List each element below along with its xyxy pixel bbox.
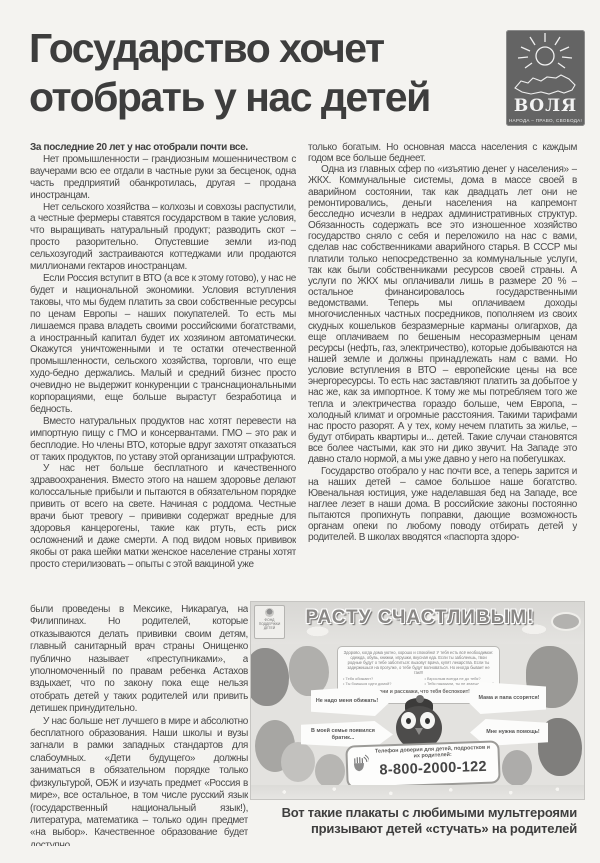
smesharik-badge-icon xyxy=(553,614,579,629)
article-column-left: За последние 20 лет у нас отобрали почти… xyxy=(30,142,296,603)
owl-beak xyxy=(415,728,423,735)
fund-label: ФОНД ПОДДЕРЖКИ ДЕТЕЙ xyxy=(255,618,284,630)
article-paragraph: были проведены в Мексике, Никарагуа, на … xyxy=(30,604,248,716)
article-paragraph: У нас больше нет лучшего в мире и абсолю… xyxy=(30,716,248,846)
children-fund-logo: ФОНД ПОДДЕРЖКИ ДЕТЕЙ xyxy=(254,605,285,639)
speech-bubble: Не надо меня обижать! xyxy=(311,686,391,716)
article-paragraph: Нет сельского хозяйства – колхозы и совх… xyxy=(30,202,296,273)
article-paragraph: Государство отобрало у нас почти все, а … xyxy=(308,466,577,544)
cartoon-character xyxy=(250,648,289,706)
helpline-number: 8-800-2000-122 xyxy=(372,758,494,778)
page-title-line1: Государство хочет xyxy=(29,24,499,73)
helpline-banner: Телефон доверия для детей, подростков и … xyxy=(345,740,500,788)
poster-info-text: Здорово, когда дома уютно, хорошо и спок… xyxy=(343,650,494,675)
article-paragraph: Если Россия вступит в ВТО (а все к этому… xyxy=(30,273,296,416)
fund-emblem-icon xyxy=(265,608,274,617)
owl-eye xyxy=(401,712,416,729)
russia-map-icon xyxy=(511,70,580,98)
article-paragraph: Нет промышленности – грандиозным мошенни… xyxy=(30,154,296,202)
article-column-right: только богатым. Но основная масса населе… xyxy=(308,142,577,600)
poster-caption: Вот такие плакаты с любимыми мультгероям… xyxy=(230,805,577,836)
logo-tagline: НАРОДА – ПРАВО, СВОБОДА! xyxy=(509,118,582,123)
cartoon-character xyxy=(315,754,345,788)
sun-icon xyxy=(508,30,583,70)
page-title-line2: отобрать у нас детей xyxy=(29,73,499,122)
poster-flowers-strip xyxy=(251,785,584,799)
helpline-hand-icon xyxy=(351,753,370,779)
volya-logo: ВОЛЯ НАРОДА – ПРАВО, СВОБОДА! xyxy=(506,30,585,126)
poster-caption-line1: Вот такие плакаты с любимыми мультгероям… xyxy=(230,805,577,821)
cartoon-character xyxy=(281,742,315,782)
article-column-left-narrow: были проведены в Мексике, Никарагуа, на … xyxy=(30,604,248,846)
speech-bubble: Мама и папа ссорятся! xyxy=(464,682,546,714)
poster-image: ФОНД ПОДДЕРЖКИ ДЕТЕЙ РАСТУ СЧАСТЛИВЫМ! З… xyxy=(250,601,585,800)
article-paragraph: У нас нет больше бесплатного и качествен… xyxy=(30,463,296,570)
article-paragraph: Одна из главных сфер по «изъятию денег у… xyxy=(308,164,577,465)
owl-hat-pompom xyxy=(416,695,424,703)
article-lead: За последние 20 лет у нас отобрали почти… xyxy=(30,142,296,154)
owl-eye xyxy=(420,712,435,729)
poster-title: РАСТУ СЧАСТЛИВЫМ! xyxy=(289,607,551,629)
article-paragraph: только богатым. Но основная масса населе… xyxy=(308,142,577,164)
cartoon-character xyxy=(289,646,329,696)
poster-questions: • Тебя обижают? • Ты боишься идти домой?… xyxy=(343,677,494,687)
page-title: Государство хочет отобрать у нас детей xyxy=(29,24,499,122)
poster-caption-line2: призывают детей «стучать» на родителей xyxy=(230,821,577,837)
logo-wordmark: ВОЛЯ xyxy=(514,96,577,116)
article-paragraph: Вместо натуральных продуктов нас хотят п… xyxy=(30,416,296,464)
cartoon-character xyxy=(502,750,532,786)
